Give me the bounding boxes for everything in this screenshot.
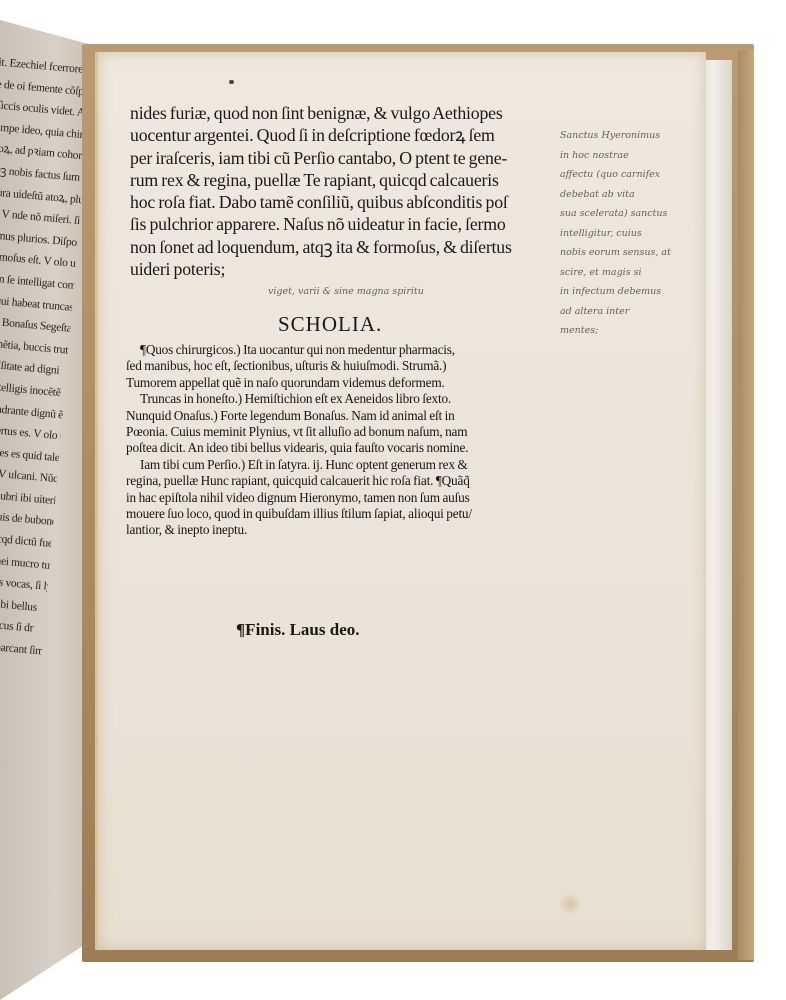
marginalia-line: in hoc nostrae: [560, 146, 700, 166]
marginalia-line: debebat ab vita: [560, 185, 700, 205]
ink-mark: [229, 80, 234, 84]
scholia-line: ſed manibus, hoc eſt, ſectionibus, uſtur…: [126, 358, 566, 374]
marginalia-line: Sanctus Hyeronimus: [560, 126, 700, 146]
scholia-line: mouere ſuo loco, quod in quibuſdam illiu…: [126, 506, 566, 522]
scholia-line: lantior, & inepto ineptu.: [126, 522, 566, 538]
binding-edge: [738, 50, 754, 960]
scholia-line: Truncas in honeſto.) Hemiſtichion eſt ex…: [126, 391, 566, 407]
text-line: nides furiæ, quod non ſint benignæ, & vu…: [130, 102, 560, 124]
scholia-line: regina, puellæ Hunc rapiant, quicquid ca…: [126, 473, 566, 489]
text-line: per iraſceris, iam tibi cũ Perſio cantab…: [130, 147, 560, 169]
marginalia-line: affectu (quo carnifex: [560, 165, 700, 185]
text-line: non ſonet ad loquendum, atqꝫ ita & formo…: [130, 236, 560, 258]
marginalia-line: sua scelerata) sanctus: [560, 204, 700, 224]
marginalia-line: nobis eorum sensus, at: [560, 243, 700, 263]
text-line: uocentur argentei. Quod ſi in deſcriptio…: [130, 124, 560, 146]
handwritten-marginalia: Sanctus Hyeronimus in hoc nostrae affect…: [560, 126, 700, 341]
handwritten-underline-note: viget, varii & sine magna spiritu: [268, 286, 424, 297]
facing-left-page: dit. Ezechiel fcerrore primine de oi fem…: [0, 0, 92, 1000]
marginalia-line: scire, et magis si: [560, 263, 700, 283]
text-line: uideri poteris;: [130, 258, 560, 280]
scholia-text-block: ¶Quos chirurgicos.) Ita uocantur qui non…: [126, 342, 566, 539]
scholia-line: ¶Quos chirurgicos.) Ita uocantur qui non…: [126, 342, 566, 358]
facing-page-text: dit. Ezechiel fcerrore primine de oi fem…: [0, 52, 92, 663]
marginalia-line: intelligitur, cuius: [560, 224, 700, 244]
text-line: hoc roſa fiat. Dabo tamẽ conſiliũ, quibu…: [130, 191, 560, 213]
scholia-line: Nunquid Onaſus.) Forte legendum Bonaſus.…: [126, 408, 566, 424]
marginalia-line: in infectum debemus: [560, 282, 700, 302]
marginalia-line: mentes;: [560, 321, 700, 341]
marginalia-line: ad altera inter: [560, 302, 700, 322]
right-page: nides furiæ, quod non ſint benignæ, & vu…: [95, 52, 706, 950]
colophon: ¶Finis. Laus deo.: [236, 620, 360, 640]
scholia-line: Pœonia. Cuius meminit Plynius, vt ſit al…: [126, 424, 566, 440]
scholia-line: in hac epiſtola nihil video dignum Hiero…: [126, 490, 566, 506]
scholia-line: poſtea dicit. An ideo tibi bellus videar…: [126, 440, 566, 456]
scholia-line: Tumorem appellat quẽ in naſo quorundam v…: [126, 375, 566, 391]
paper-stain: [560, 892, 580, 916]
main-text-block: nides furiæ, quod non ſint benignæ, & vu…: [130, 102, 560, 280]
scholia-line: Iam tibi cum Perſio.) Eſt in ſatyra. ij.…: [126, 457, 566, 473]
text-line: rum rex & regina, puellæ Te rapiant, qui…: [130, 169, 560, 191]
text-line: ſis pulchrior apparere. Naſus nõ uideatu…: [130, 213, 560, 235]
scholia-heading: SCHOLIA.: [278, 312, 382, 337]
